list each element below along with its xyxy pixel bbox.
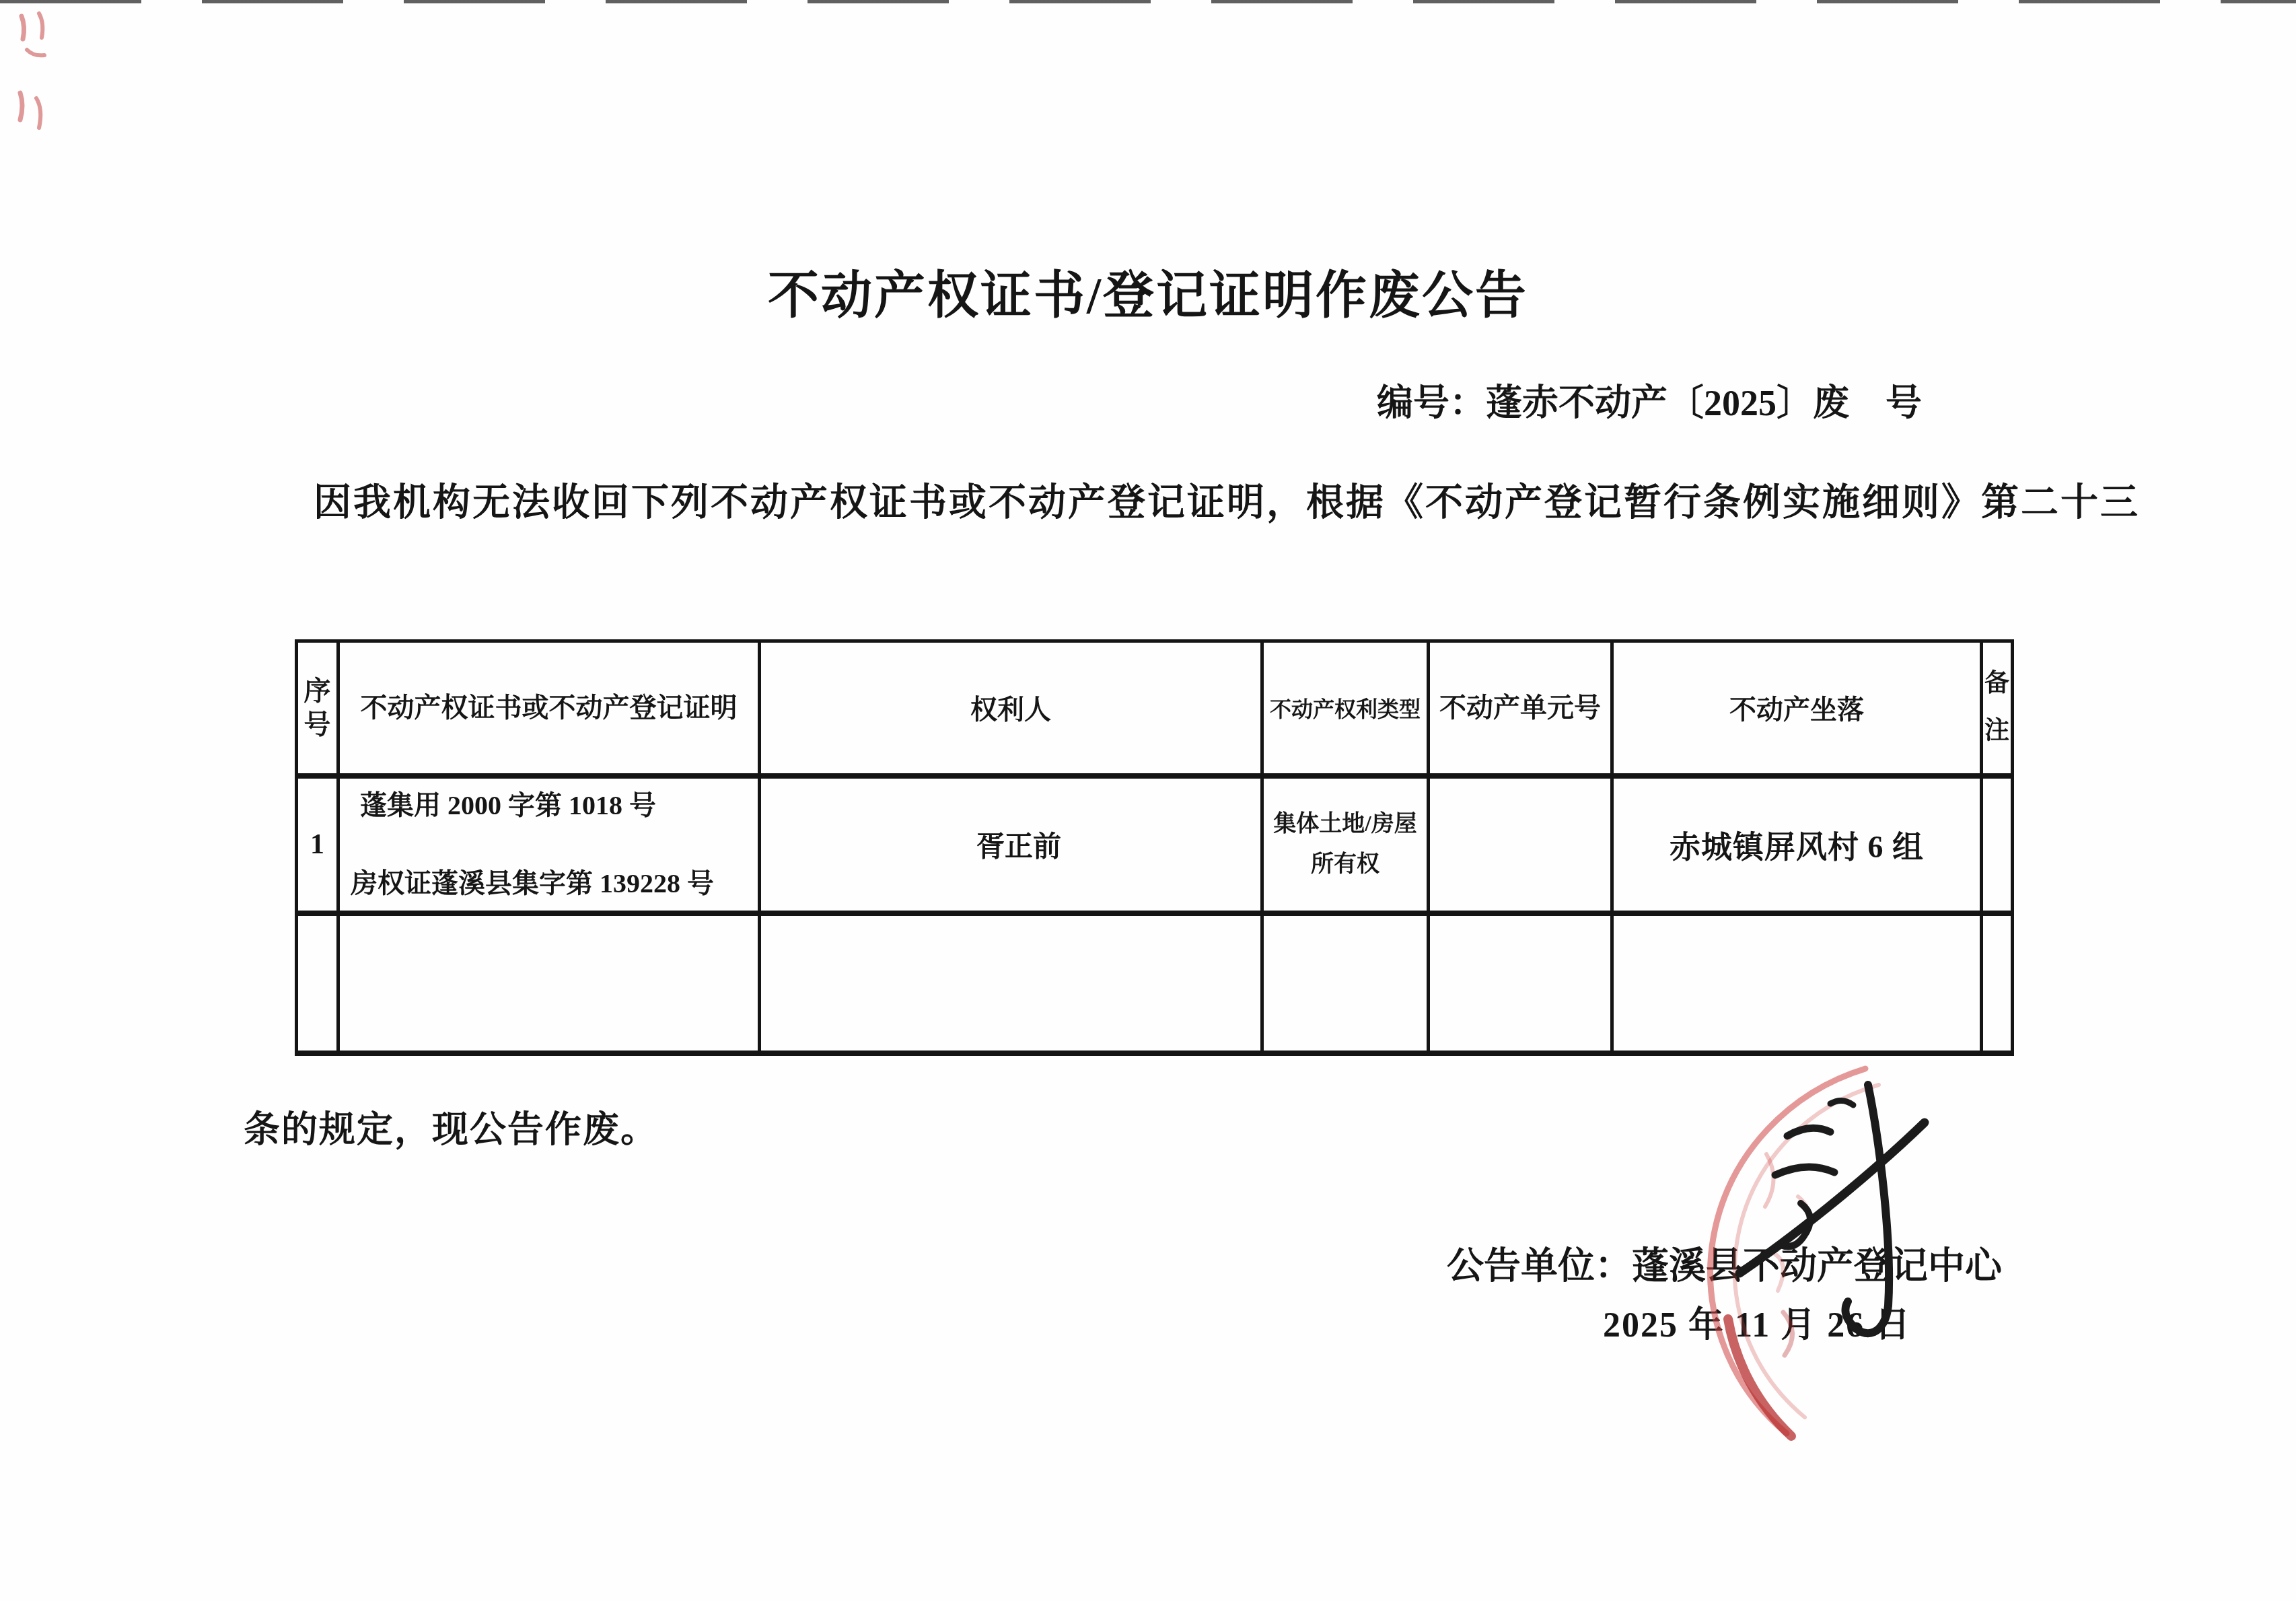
table-row: 1 蓬集用 2000 字第 1018 号 房权证蓬溪县集字第 139228 号 …	[297, 776, 2013, 913]
col-header-cert: 不动产权证书或不动产登记证明	[338, 641, 760, 776]
table-row-empty	[297, 913, 2013, 1053]
holder-name: 胥正前	[761, 824, 1260, 865]
certificate-line-1: 蓬集用 2000 字第 1018 号	[351, 791, 656, 820]
location-cell-empty	[1612, 913, 1982, 1053]
col-header-remark: 备注	[1982, 641, 2013, 776]
col-header-holder: 权利人	[760, 641, 1262, 776]
col-header-type: 不动产权利类型	[1262, 641, 1429, 776]
corner-red-marks	[7, 7, 87, 168]
unit-no-cell-empty	[1429, 913, 1612, 1053]
date-line: 2025 年 11 月 26 日	[1603, 1296, 1911, 1347]
remark-cell-empty	[1982, 913, 2013, 1053]
right-type-cell-empty	[1262, 913, 1429, 1053]
notice-title: 不动产权证书/登记证明作废公告	[0, 254, 2296, 328]
seq-cell: 1	[297, 776, 338, 913]
issuer-line: 公告单位：蓬溪县不动产登记中心	[1447, 1236, 2002, 1289]
scan-edge-artifact	[0, 0, 2296, 3]
certificate-cell-empty	[338, 913, 760, 1053]
seq-cell-empty	[297, 913, 338, 1053]
right-type-cell: 集体土地/房屋 所有权	[1262, 776, 1429, 913]
holder-cell-empty	[760, 913, 1262, 1053]
right-type-line-1: 集体土地/房屋	[1264, 804, 1427, 845]
right-type-line-2: 所有权	[1264, 845, 1427, 885]
certificate-line-2: 房权证蓬溪县集字第 139228 号	[351, 869, 714, 898]
col-header-seq: 序号	[297, 641, 338, 776]
closing-paragraph: 条的规定，现公告作废。	[244, 1101, 658, 1153]
document-page: 不动产权证书/登记证明作废公告 编号：蓬赤不动产〔2025〕废 号 因我机构无法…	[0, 0, 2296, 1601]
certificates-table: 序号 不动产权证书或不动产登记证明 权利人 不动产权利类型 不动产单元号 不动产…	[295, 639, 2014, 1056]
col-header-location: 不动产坐落	[1612, 641, 1982, 776]
intro-paragraph: 因我机构无法收回下列不动产权证书或不动产登记证明，根据《不动产登记暂行条例实施细…	[314, 472, 2140, 526]
location-cell: 赤城镇屏风村 6 组	[1612, 776, 1982, 913]
doc-number: 编号：蓬赤不动产〔2025〕废 号	[1377, 374, 1922, 426]
col-header-unit-no: 不动产单元号	[1429, 641, 1612, 776]
certificate-cell: 蓬集用 2000 字第 1018 号 房权证蓬溪县集字第 139228 号	[338, 776, 760, 913]
holder-cell: 胥正前	[760, 776, 1262, 913]
table-header-row: 序号 不动产权证书或不动产登记证明 权利人 不动产权利类型 不动产单元号 不动产…	[297, 641, 2013, 776]
unit-no-cell	[1429, 776, 1612, 913]
remark-cell	[1982, 776, 2013, 913]
